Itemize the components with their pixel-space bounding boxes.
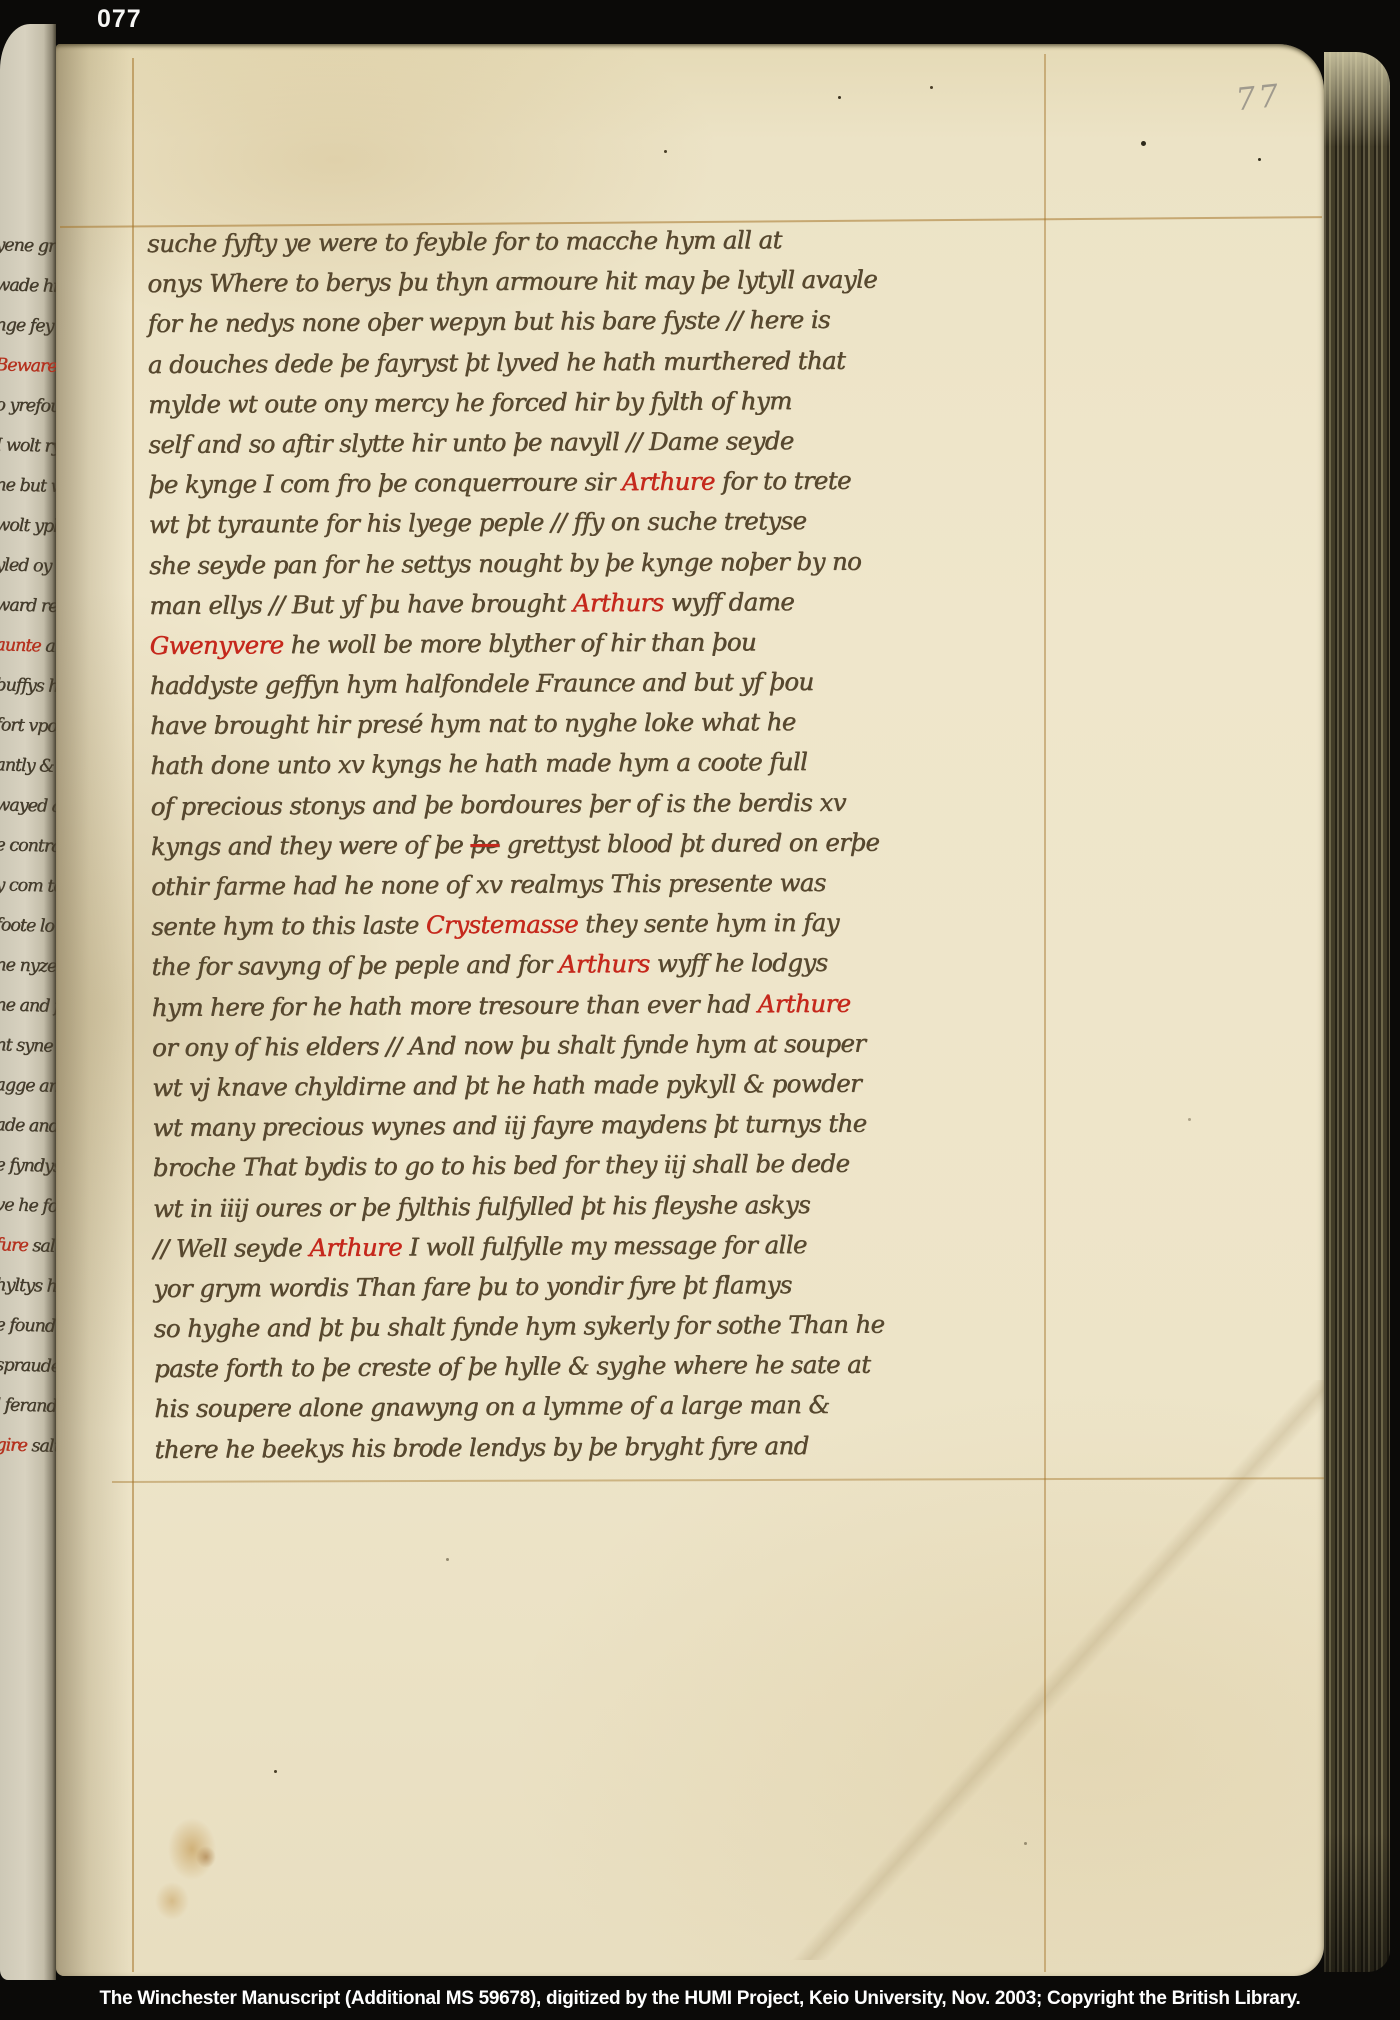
strip-text-fragment: ne but w [0,475,56,517]
manuscript-line: paste forth to þe creste of þe hylle & s… [154,1350,866,1395]
ink-text: spraude o [0,1355,56,1377]
strip-text-fragment: buffys hy [0,675,56,717]
strip-text-fragment: e contray [0,835,56,877]
ink-text: ade and h [0,1115,56,1137]
ink-text: l ferandes [0,1395,56,1417]
strip-text-fragment: aunte and [0,635,56,677]
ruling-line-vertical-right [1044,54,1046,1972]
ink-text: self and so aftir slytte hir unto þe nav… [148,426,794,459]
rubricated-word: Arthure [309,1232,402,1262]
strip-text-fragment: e found [0,1315,56,1357]
ink-text: hyltys h [0,1275,56,1297]
ink-text: of precious stonys and þe bordoures þer … [150,787,845,820]
strip-text-fragment: wayed an [0,795,56,837]
strip-text-fragment: nt syne Th [0,1035,56,1077]
ink-text: salud [31,1436,56,1457]
ink-text: ne but w [0,475,56,497]
ink-text: his soupere alone gnawyng on a lymme of … [154,1390,829,1423]
ink-text: for to trete [715,466,851,496]
strip-text-fragment: wolt yple [0,515,56,557]
manuscript-line: have brought hir presé hym nat to nyghe … [150,707,862,752]
ink-text: wolt yple [0,515,56,537]
ink-text: wt many precious wynes and iij fayre may… [152,1109,866,1142]
ink-text: yled oy [0,555,52,576]
folio-number-pencil: 77 [1234,78,1283,119]
ink-text: nt syne Th [0,1035,56,1057]
ink-text: and [45,636,56,657]
ink-text: y com to [0,875,56,897]
ink-text: hym here for he hath more tresoure than … [152,989,758,1022]
rubricated-word: Arthure [757,988,850,1018]
ink-text: nge fey [0,315,54,337]
manuscript-line: sente hym to this laste Crystemasse they… [151,908,863,953]
ink-text: ne and fpe [0,995,56,1017]
ink-text: wayed an [0,795,56,817]
ink-text: there he beekys his brode lendys by þe b… [154,1431,808,1464]
strip-text-fragment: ade and h [0,1115,56,1157]
ink-text: e fyndys [0,1155,56,1177]
strip-text-fragment: o yrefous [0,395,56,437]
manuscript-line: or ony of his elders // And now þu shalt… [152,1028,864,1073]
ink-text: wade his [0,275,56,297]
ink-text: they sente hym in fay [578,908,839,939]
ink-text: he woll be more blyther of hir than þou [283,627,756,659]
strip-text-fragment: gire salud [0,1435,56,1477]
manuscript-line: mylde wt oute ony mercy he forced hir by… [148,385,860,430]
ink-text: buffys hy [0,675,56,697]
ruling-line-vertical-left [132,58,134,1972]
ink-text: ve he fou [0,1195,56,1217]
strip-text-fragment: y com to [0,875,56,917]
stain [196,1846,216,1868]
strip-text-fragment: agge and [0,1075,56,1117]
manuscript-line: man ellys // But yf þu have brought Arth… [149,586,861,631]
manuscript-line: self and so aftir slytte hir unto þe nav… [148,426,860,471]
manuscript-line: wt many precious wynes and iij fayre may… [152,1109,864,1154]
ink-text: antly & so [0,755,56,777]
manuscript-line: she seyde pan for he settys nought by þe… [149,546,861,591]
ink-text: I woll fulfylle my message for alle [402,1230,807,1261]
ink-text: wt vj knave chyldirne and þt he hath mad… [152,1069,861,1102]
ink-text: salued [32,1236,56,1257]
ink-text: hath done unto xv kyngs he hath made hym… [150,747,807,780]
manuscript-line: a douches dede þe fayryst þt lyved he ha… [148,345,860,390]
manuscript-line: yor grym wordis Than fare þu to yondir f… [153,1270,865,1315]
ink-text: o yrefous [0,395,56,417]
strip-text-fragment: l ferandes [0,1395,56,1437]
manuscript-line: hym here for he hath more tresoure than … [152,988,864,1033]
strip-text-fragment: e fyndys [0,1155,56,1197]
strip-text-fragment: ne nyze of [0,955,56,997]
strip-text-fragment: yled oy [0,555,56,597]
strip-text-fragment: antly & so [0,755,56,797]
manuscript-text-block: suche fyfty ye were to feyble for to mac… [147,225,867,1475]
manuscript-line: kyngs and they were of þe þe grettyst bl… [151,827,863,872]
strip-text-fragment: Beware [0,355,56,397]
strip-text-fragment: yene gre [0,235,56,277]
manuscript-line: the for savyng of þe peple and for Arthu… [151,948,863,993]
ink-text: e found [0,1315,55,1337]
manuscript-line: onys Where to berys þu thyn armoure hit … [147,265,859,310]
strip-text-fragment: fort vpon [0,715,56,757]
manuscript-line: othir farme had he none of xv realmys Th… [151,868,863,913]
manuscript-line: broche That bydis to go to his bed for t… [153,1149,865,1194]
ink-text: yene gre [0,235,56,257]
ink-text: haddyste geffyn hym halfondele Fraunce a… [150,667,814,700]
caption-bar: The Winchester Manuscript (Additional MS… [0,1978,1400,2020]
strip-text-fragment: foote lo [0,915,56,957]
rubricated-word: aunte [0,635,45,656]
page-specks [0,0,3,3]
strip-text-fragment: ne and fpe [0,995,56,1037]
ink-text: for he nedys none oþer wepyn but his bar… [147,305,829,338]
manuscript-line: haddyste geffyn hym halfondele Fraunce a… [150,667,862,712]
manuscript-line: there he beekys his brode lendys by þe b… [154,1430,866,1475]
ink-text: or ony of his elders // And now þu shalt… [152,1028,865,1061]
ink-text: kyngs and they were of þe [151,830,471,861]
rubricated-word: Crystemasse [426,910,578,940]
manuscript-line: his soupere alone gnawyng on a lymme of … [154,1390,866,1435]
caption-text: The Winchester Manuscript (Additional MS… [0,1988,1400,2010]
ink-text: suche fyfty ye were to feyble for to mac… [147,225,782,258]
ink-text: // Well seyde [153,1233,309,1263]
ink-text: the for savyng of þe peple and for [151,950,558,981]
facing-page-edge-strip: yene grewade hisnge feyBewareo yrefousI … [0,24,56,1980]
rubricated-word: Arthurs [559,949,650,979]
strip-text-fragment: I wolt ry [0,435,56,477]
ink-text: ward rey [0,595,56,617]
strip-text-fragment: ward rey [0,595,56,637]
strip-text-fragment: fure salued [0,1235,56,1277]
ink-text: wyff dame [663,587,794,617]
manuscript-photo-scene: 077 yene grewade hisnge feyBewareo yrefo… [0,0,1400,2020]
manuscript-line: wt vj knave chyldirne and þt he hath mad… [152,1069,864,1114]
rubricated-word: gire [0,1435,32,1456]
ink-text: she seyde pan for he settys nought by þe… [149,546,861,579]
manuscript-line: suche fyfty ye were to feyble for to mac… [147,225,859,270]
ink-text: so hyghe and þt þu shalt fynde hym syker… [154,1310,885,1343]
ink-text: onys Where to berys þu thyn armoure hit … [147,265,877,298]
manuscript-line: hath done unto xv kyngs he hath made hym… [150,747,862,792]
manuscript-line: so hyghe and þt þu shalt fynde hym syker… [154,1310,866,1355]
gutter-shadow [56,44,130,1976]
rubricated-word: Arthure [622,467,715,497]
ink-text: foote lo [0,915,54,937]
ink-text: I wolt ry [0,435,56,457]
strip-text-fragment: ve he fou [0,1195,56,1237]
book-fore-edge [1324,52,1390,1972]
ink-text: wt þt tyraunte for his lyege peple // ff… [149,506,807,539]
ink-text: grettyst blood þt dured on erþe [499,827,879,858]
ink-text: paste forth to þe creste of þe hylle & s… [154,1350,870,1383]
ink-text: þe kynge I com fro þe conquerroure sir [148,467,621,499]
ink-text: e contray [0,835,56,857]
rubricated-word: Gwenyvere [149,630,283,660]
ink-text: fort vpon [0,715,56,737]
ink-text: wyff he lodgys [649,948,827,978]
ink-text: yor grym wordis Than fare þu to yondir f… [153,1270,791,1303]
ink-text: broche That bydis to go to his bed for t… [153,1149,850,1182]
ink-text: have brought hir presé hym nat to nyghe … [150,707,796,740]
strip-text-fragment: wade his [0,275,56,317]
ink-text: agge and [0,1075,56,1097]
manuscript-line: wt in iiij oures or þe fylthis fulfylled… [153,1189,865,1234]
manuscript-line: Gwenyvere he woll be more blyther of hir… [149,627,861,672]
manuscript-line: wt þt tyraunte for his lyege peple // ff… [149,506,861,551]
strip-text-fragment: nge fey [0,315,56,357]
strip-text-fragment: spraude o [0,1355,56,1397]
ink-text: wt in iiij oures or þe fylthis fulfylled… [153,1189,810,1222]
rubricated-word: Arthurs [573,588,664,618]
rubricated-word: Beware [0,355,56,377]
rubricated-word: fure [0,1235,33,1256]
manuscript-line: þe kynge I com fro þe conquerroure sir A… [148,466,860,511]
ink-text: man ellys // But yf þu have brought [149,588,573,620]
ink-text: sente hym to this laste [151,910,426,941]
manuscript-line: for he nedys none oþer wepyn but his bar… [147,305,859,350]
ink-text: a douches dede þe fayryst þt lyved he ha… [148,345,846,378]
ink-text: othir farme had he none of xv realmys Th… [151,868,826,901]
ink-text: þe [470,830,499,859]
ink-text: ne nyze of [0,955,56,977]
manuscript-line: of precious stonys and þe bordoures þer … [150,787,862,832]
stain [155,1882,189,1920]
ink-text: mylde wt oute ony mercy he forced hir by… [148,386,792,419]
manuscript-line: // Well seyde Arthure I woll fulfylle my… [153,1229,865,1274]
plate-number-label: 077 [97,5,142,34]
strip-text-fragment: hyltys h [0,1275,56,1317]
